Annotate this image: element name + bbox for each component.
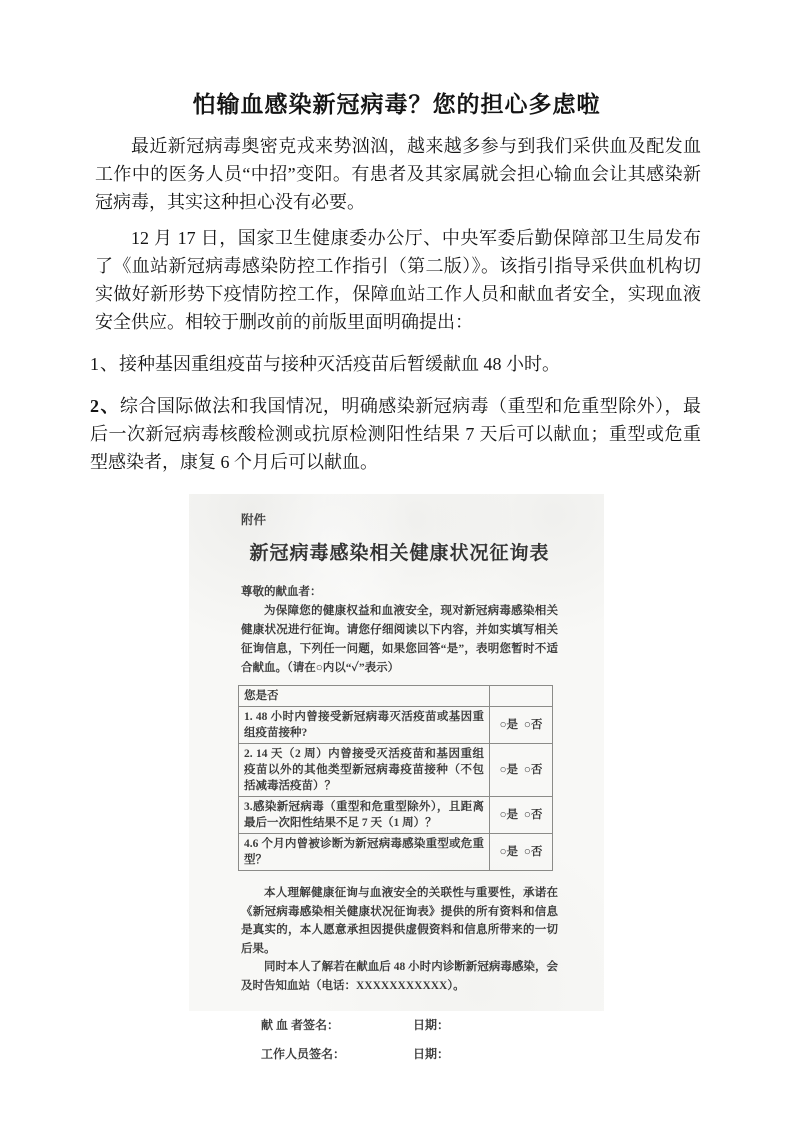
questionnaire-row-1: 1. 48 小时内曾接受新冠病毒灭活疫苗或基因重组疫苗接种? ○是 ○否 — [239, 707, 553, 744]
list-item-2-text: 综合国际做法和我国情况，明确感染新冠病毒（重型和危重型除外），最后一次新冠病毒核… — [90, 396, 701, 472]
list-item-2-marker: 2、 — [90, 396, 120, 416]
attachment-scan-image: 附件 新冠病毒感染相关健康状况征询表 尊敬的献血者： 为保障您的健康权益和血液安… — [189, 494, 604, 1011]
question-4-answer-options: ○是 ○否 — [490, 834, 553, 871]
questionnaire-row-2: 2. 14 天（2 周）内曾接受灭活疫苗和基因重组疫苗以外的其他类型新冠病毒疫苗… — [239, 744, 553, 797]
questionnaire-row-4: 4.6 个月内曾被诊断为新冠病毒感染重型或危重型？ ○是 ○否 — [239, 834, 553, 871]
question-3-text: 3.感染新冠病毒（重型和危重型除外），且距离最后一次阳性结果不足 7 天（1 周… — [239, 797, 490, 834]
questionnaire-table: 您是否 1. 48 小时内曾接受新冠病毒灭活疫苗或基因重组疫苗接种? ○是 ○否… — [238, 685, 553, 871]
declaration-paragraph-2: 同时本人了解若在献血后 48 小时内诊断新冠病毒感染，会及时告知血站（电话：XX… — [241, 958, 558, 995]
list-item-1-marker: 1、 — [90, 354, 119, 374]
question-4-text: 4.6 个月内曾被诊断为新冠病毒感染重型或危重型？ — [239, 834, 490, 871]
donor-signature-row: 献 血 者签名： 日期： — [261, 1016, 558, 1033]
question-1-text: 1. 48 小时内曾接受新冠病毒灭活疫苗或基因重组疫苗接种? — [239, 707, 490, 744]
page-title: 怕输血感染新冠病毒？您的担心多虑啦 — [60, 90, 733, 120]
attachment-form-title: 新冠病毒感染相关健康状况征询表 — [241, 542, 558, 566]
staff-signature-row: 工作人员签名： 日期： — [261, 1045, 558, 1062]
question-3-answer-options: ○是 ○否 — [490, 797, 553, 834]
list-item-1-text: 接种基因重组疫苗与接种灭活疫苗后暂缓献血 48 小时。 — [119, 354, 560, 374]
staff-signature-label: 工作人员签名： — [261, 1045, 413, 1062]
form-intro: 为保障您的健康权益和血液安全，现对新冠病毒感染相关健康状况进行征询。请您仔细阅读… — [241, 602, 558, 678]
declaration-paragraph-1: 本人理解健康征询与血液安全的关联性与重要性，承诺在《新冠病毒感染相关健康状况征询… — [241, 884, 558, 958]
body-paragraph-2: 12 月 17 日，国家卫生健康委办公厅、中央军委后勤保障部卫生局发布了《血站新… — [95, 224, 701, 336]
body-paragraph-1: 最近新冠病毒奥密克戎来势汹汹，越来越多参与到我们采供血及配发血工作中的医务人员“… — [95, 132, 701, 216]
questionnaire-header: 您是否 — [239, 686, 490, 707]
donor-date-label: 日期： — [413, 1016, 533, 1033]
list-item-2: 2、综合国际做法和我国情况，明确感染新冠病毒（重型和危重型除外），最后一次新冠病… — [90, 392, 701, 476]
questionnaire-header-row: 您是否 — [239, 686, 553, 707]
form-salutation: 尊敬的献血者： — [241, 584, 558, 601]
list-item-1: 1、接种基因重组疫苗与接种灭活疫苗后暂缓献血 48 小时。 — [90, 350, 701, 378]
document-page: 怕输血感染新冠病毒？您的担心多虑啦 最近新冠病毒奥密克戎来势汹汹，越来越多参与到… — [0, 0, 793, 1122]
donor-signature-label: 献 血 者签名： — [261, 1016, 413, 1033]
question-1-answer-options: ○是 ○否 — [490, 707, 553, 744]
attachment-label: 附件 — [241, 510, 558, 528]
staff-date-label: 日期： — [413, 1045, 533, 1062]
questionnaire-row-3: 3.感染新冠病毒（重型和危重型除外），且距离最后一次阳性结果不足 7 天（1 周… — [239, 797, 553, 834]
question-2-answer-options: ○是 ○否 — [490, 744, 553, 797]
question-2-text: 2. 14 天（2 周）内曾接受灭活疫苗和基因重组疫苗以外的其他类型新冠病毒疫苗… — [239, 744, 490, 797]
questionnaire-header-answer-cell — [490, 686, 553, 707]
